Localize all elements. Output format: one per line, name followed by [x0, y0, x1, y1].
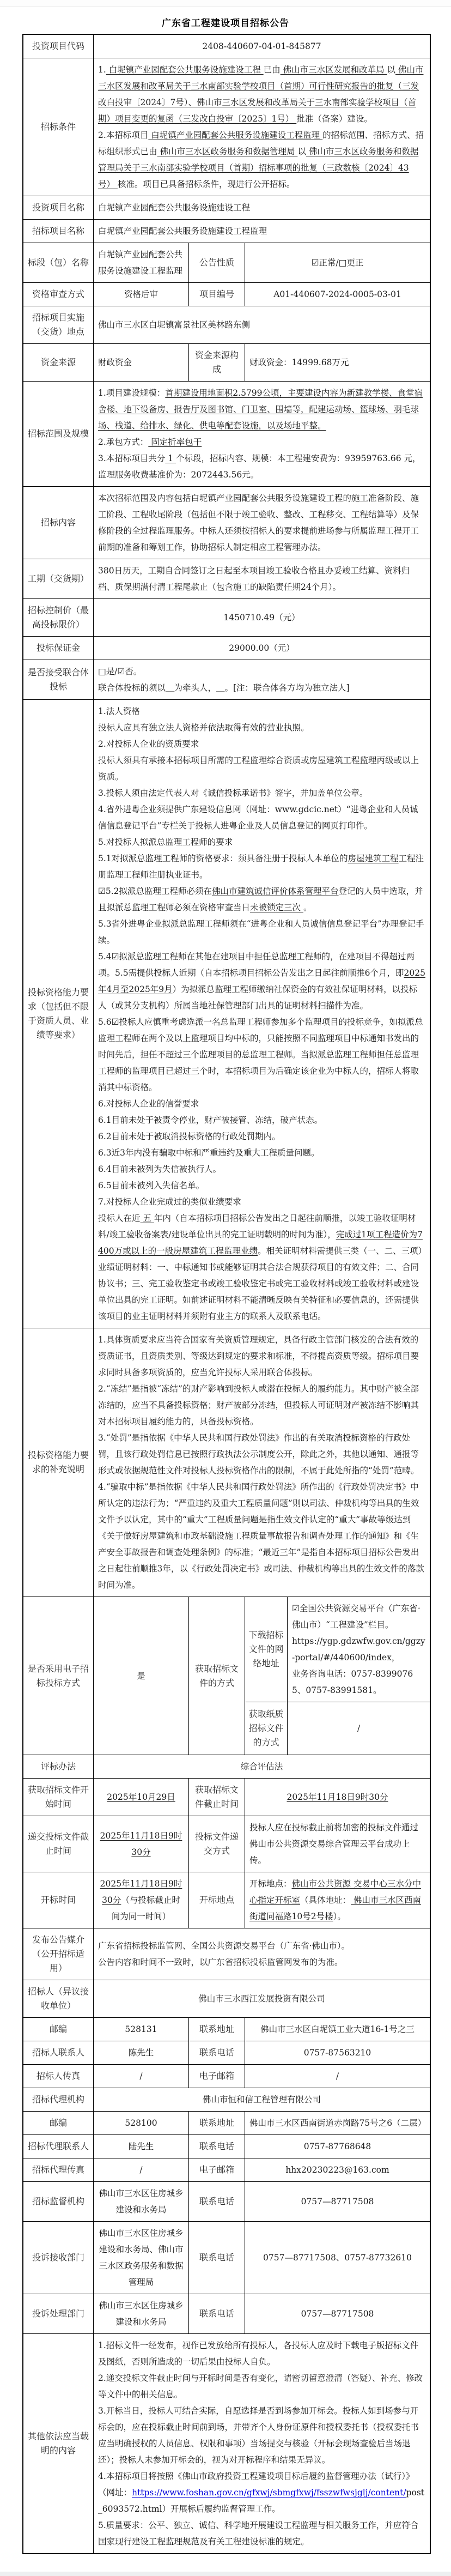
paragraph: 2.递交投标文件截止时间与开标时间是否有变化，请密切留意澄清（答疑）、补充、修改…	[98, 2370, 425, 2403]
row-value: 0757—87717508	[245, 2294, 430, 2333]
label-text: 联系电话	[199, 2194, 234, 2209]
row-value: 佛山市三水区住房城乡建设和水务局、佛山市三水区政务服务和数据管理局	[94, 2222, 189, 2294]
text-segment: 2.递交投标文件截止时间与开标时间是否有变化，请密切留意澄清（答疑）、补充、修改…	[98, 2373, 423, 2399]
text-segment: 白坭镇产业园配套公共服务设施建设工程	[98, 203, 250, 213]
row-label: 投诉处理部门	[23, 2294, 94, 2333]
paragraph: 6.1目前未处于被责令停业，财产被接管、冻结，破产状态。	[98, 1112, 425, 1128]
paragraph: 5.对投标人拟派总监理工程师的要求	[98, 834, 425, 850]
text-segment: 0757—87717508	[301, 2197, 374, 2206]
row-label: 招标内容	[23, 487, 94, 559]
label-text: 招标项目实施（交货）地点	[26, 311, 90, 339]
label-text: 资格审查方式	[32, 287, 84, 301]
paragraph: 0757—87717508	[301, 2193, 374, 2210]
text-segment: 房屋建筑工程	[348, 854, 399, 863]
label-text: 标段（包）名称	[28, 256, 89, 270]
row-value: 本次招标范围及内容包括白坭镇产业园配套公共服务设施建设工程的施工准备阶段、施工阶…	[94, 487, 430, 559]
paragraph: 投标人须具有承接本招标项目所需的工程监理综合资质或房屋建筑工程监理丙级或以上资质…	[98, 752, 425, 785]
label-text: 资金来源构成	[192, 348, 242, 377]
table-row: 发布公告媒介（公开招标适用）广东省招标投标监管网、全国公共资源交易平台（广东省·…	[23, 1928, 430, 1980]
text-segment: 0757—87717508	[301, 2309, 374, 2319]
text-segment: 1.具体资质要求应当符合国家有关资质管理规定，具备行政主管部门核发的合法有效的资…	[98, 1335, 419, 1377]
label-text: 招标人（异议接收单位）	[26, 1985, 90, 2013]
text-segment: □是/☑否。	[98, 667, 142, 676]
paragraph: 白坭镇产业园配套公共服务设施建设工程监理	[98, 223, 425, 239]
table-row: 招标监督机构佛山市三水区住房城乡建设和水务局联系电话0757—87717508	[23, 2182, 430, 2222]
paragraph: 6.2目前未处于被取消投标资格的行政处罚期内。	[98, 1128, 425, 1145]
row-label: 投资项目代码	[23, 35, 94, 58]
text-segment: 白坭镇产业园配套公共服务设施建设工程监理	[98, 226, 267, 236]
text-segment: （与投标截止时间为同一时间）	[112, 1895, 180, 1921]
table-row: 邮编528131联系地址佛山市三水区白坭镇工业大道16-1号之三	[23, 2018, 430, 2041]
paragraph: 0757-87563210	[304, 2045, 371, 2061]
table-row: 工期（交货期）380日历天，工期自合同签订之日起至本项目竣工验收合格且办妥竣工结…	[23, 559, 430, 599]
paragraph: 佛山市三水区住房城乡建设和水务局、佛山市三水区政务服务和数据管理局	[98, 2225, 184, 2290]
paragraph: ☑5.2拟派总监理工程师必须在佛山市建筑诚信评价体系管理平台登记的人员中选取，并…	[98, 883, 425, 916]
label-text: 投标文件递交方式	[192, 1830, 242, 1858]
row-label: 工期（交货期）	[23, 559, 94, 598]
table-row: 投诉接收部门佛山市三水区住房城乡建设和水务局、佛山市三水区政务服务和数据管理局联…	[23, 2222, 430, 2294]
row-label: 开标地点	[189, 1872, 245, 1928]
row-value: ☑正常/□更正	[245, 243, 430, 282]
label-text: 招标代理机构	[32, 2093, 84, 2107]
paragraph: 6.4目前未被列为失信被执行人。	[98, 1161, 425, 1177]
text-segment: 佛山市三水区白坭镇富景社区美林路东侧	[98, 320, 250, 330]
paragraph: 5.4☑拟派总监理工程师在其他在建项目中担任总监理工程师的，在建项目不得超过两项…	[98, 948, 425, 1014]
row-label: 联系电话	[189, 2135, 245, 2158]
label-text: 投标保证金	[36, 641, 80, 655]
row-label: 是否采用电子招标投标方式	[23, 1597, 94, 1755]
paragraph: /	[139, 2162, 142, 2178]
paragraph: 1.具体资质要求应当符合国家有关资质管理规定，具备行政主管部门核发的合法有效的资…	[98, 1332, 425, 1381]
row-label: 资金来源构成	[189, 344, 245, 381]
row-label: 获取招标文件开始时间	[23, 1779, 94, 1816]
text-segment: 4.省外进粤企业须提供广东建设信息网（网址：www.gdcic.net）“进粤企…	[98, 805, 418, 831]
row-value: 29000.00（元）	[94, 637, 430, 660]
table-row: 招标项目实施（交货）地点佛山市三水区白坭镇富景社区美林路东侧	[23, 306, 430, 344]
paragraph: 佛山市恒和信工程管理有限公司	[203, 2091, 321, 2108]
label-text: 投资项目名称	[32, 201, 84, 215]
text-segment: 佛山市建筑诚信评价体系管理平台	[212, 886, 339, 896]
text-segment: 本次招标范围及内容包括白坭镇产业园配套公共服务设施建设工程的施工准备阶段、施工阶…	[98, 493, 419, 552]
text-segment: 0757-87563210	[304, 2048, 371, 2058]
text-segment: ☑全国公共资源交易平台（广东省·佛山市）“工程建设”栏目。	[292, 1604, 420, 1630]
text-segment: 3.投标人须由法定代表人对《诚信投标承诺书》签字，并加盖单位公章。	[98, 788, 368, 798]
paragraph: 0757—87717508、0757-87732610	[263, 2250, 412, 2266]
text-segment: 财政资金	[98, 358, 132, 367]
label-text: 招标代理联系人	[28, 2139, 89, 2154]
text-segment: 投标人在近	[98, 1213, 141, 1223]
label-text: 获取纸质招标文件的方式	[248, 1707, 284, 1750]
table-row: 投资项目代码2408-440607-04-01-845877	[23, 35, 430, 58]
text-segment: 是	[137, 1671, 145, 1681]
row-label: 投标资格能力要求（包括但不限于资质人员、业绩等要求）	[23, 700, 94, 1328]
row-value: ☑全国公共资源交易平台（广东省·佛山市）“工程建设”栏目。https://ygp…	[288, 1597, 430, 1702]
paragraph: 联合体投标的须以＿为牵头人，＿。[注：联合体各方均为独立法人]	[98, 680, 425, 696]
paragraph: 0757-87768648	[304, 2138, 371, 2155]
row-value: 1.招标文件一经发布，视作已发放给所有投标人，各投标人应及时下载电子版招标文件及…	[94, 2334, 430, 2553]
table-row: 招标人传真/电子邮箱/	[23, 2065, 430, 2088]
paragraph: A01-440607-2024-0005-03-01	[273, 286, 401, 303]
row-label: 联系电话	[189, 2222, 245, 2294]
text-segment: 2.本招标项目	[98, 130, 148, 140]
paragraph: 2.“冻结”是指被“冻结”的财产影响到投标人或潜在投标人的履约能力。其中财产被全…	[98, 1381, 425, 1430]
row-value: 2025年11月18日9时30分	[94, 1816, 189, 1872]
row-value: 投标人应在投标截止前将加密的投标文件通过佛山市公共资源交易综合管理云平台成功上传…	[245, 1816, 430, 1872]
row-label: 招标人（异议接收单位）	[23, 1980, 94, 2017]
paragraph: 5.质量要求：公平、独立、诚信、科学地开展建设工程监理与相关服务工作，并应符合国…	[98, 2517, 425, 2550]
row-value: 2025年10月29日	[94, 1779, 189, 1816]
row-value: 资格后审	[94, 283, 189, 306]
paragraph: 1450710.49（元）	[223, 609, 300, 626]
paragraph: /	[139, 2068, 142, 2084]
paragraph: 白坭镇产业园配套公共服务设施建设工程监理	[98, 246, 184, 279]
text-segment: 0757-87768648	[304, 2142, 371, 2151]
table-row: 资金来源财政资金资金来源构成财政资金：14999.68万元	[23, 344, 430, 382]
label-text: 招标范围及规模	[28, 427, 89, 441]
label-text: 是否接受联合体投标	[26, 666, 90, 694]
label-text: 投资项目代码	[32, 39, 84, 53]
row-label: 投标资格能力要求的补充说明	[23, 1328, 94, 1597]
table-row: 招标控制价（最高投标限价）1450710.49（元）	[23, 599, 430, 637]
label-text: 开标地点	[199, 1893, 234, 1907]
label-text: 招标人传真	[36, 2069, 80, 2083]
row-label: 电子邮箱	[189, 2065, 245, 2088]
row-value: 佛山市三水区白坭镇工业大道16-1号之三	[245, 2018, 430, 2041]
label-text: 下载招标文件的网络地址	[248, 1628, 284, 1671]
row-label: 联系电话	[189, 2182, 245, 2221]
text-segment: 3.“处罚”是指依据《中华人民共和国行政处罚法》作出的有关取消投标资格的行政处罚…	[98, 1433, 419, 1476]
sub-row: 获取纸质招标文件的方式/	[245, 1702, 430, 1755]
paragraph: 5.6☑投标人应慎重考虑选派一名总监理工程师参加多个监理项目的投标竞争，如拟派总…	[98, 1014, 425, 1096]
paragraph: 陈先生	[129, 2045, 154, 2061]
row-value: □是/☑否。联合体投标的须以＿为牵头人，＿。[注：联合体各方均为独立法人]	[94, 660, 430, 699]
text-segment: 。	[303, 903, 312, 912]
row-value: 广东省招标投标监管网、全国公共资源交易平台（广东省·佛山市）。公告内容和时间不一…	[94, 1928, 430, 1980]
paragraph: 2025年11月18日9时30分（与投标截止时间为同一时间）	[98, 1876, 184, 1925]
text-segment: 佛山市三水区西南街道赤岗路75号之6（二层）	[249, 2118, 426, 2128]
text-segment: hhx20230223@163.com	[285, 2165, 389, 2175]
sub-row: 下载招标文件的网络地址☑全国公共资源交易平台（广东省·佛山市）“工程建设”栏目。…	[245, 1597, 430, 1702]
paragraph: 2.对投标人企业的资质要求	[98, 736, 425, 752]
text-segment: 批准（备案）建设。	[296, 114, 373, 124]
text-segment: 。相关证明材料需提供三类（一、二、三项）业绩证明材料：一、中标通知书或能够证明其…	[98, 1246, 422, 1321]
table-row: 是否采用电子招标投标方式是获取招标文件的方式下载招标文件的网络地址☑全国公共资源…	[23, 1597, 430, 1755]
row-label: 获取纸质招标文件的方式	[245, 1702, 288, 1755]
text-segment: /	[357, 1724, 360, 1733]
paragraph: 5.3省外进粤企业拟派总监理工程师须在“进粤企业和人员诚信信息登记平台”办理登记…	[98, 916, 425, 948]
row-label: 联系地址	[189, 2112, 245, 2134]
table-row: 投标资格能力要求（包括但不限于资质人员、业绩等要求）1.法人资格投标人应具有独立…	[23, 700, 430, 1328]
label-text: 联系电话	[199, 2307, 234, 2321]
paragraph: /	[357, 1720, 360, 1737]
paragraph: 6.5目前未被列入失信名单。	[98, 1177, 425, 1194]
paragraph: 财政资金：14999.68万元	[249, 354, 425, 371]
table-row: 获取招标文件开始时间2025年10月29日获取招标文件截止时间2025年11月1…	[23, 1779, 430, 1816]
paragraph: 6.对投标人企业的信誉要求	[98, 1096, 425, 1112]
row-value: 白坭镇产业园配套公共服务设施建设工程	[94, 196, 430, 219]
paragraph: 528131	[125, 2021, 157, 2037]
text-segment: 2.“冻结”是指被“冻结”的财产影响到投标人或潜在投标人的履约能力。其中财产被全…	[98, 1384, 419, 1426]
label-text: 联系地址	[199, 2022, 234, 2036]
row-value: 2025年11月18日9时30分（与投标截止时间为同一时间）	[94, 1872, 189, 1928]
paragraph: 4.省外进粤企业须提供广东建设信息网（网址：www.gdcic.net）“进粤企…	[98, 801, 425, 834]
row-label: 获取招标文件截止时间	[189, 1779, 245, 1816]
label-text: 联系电话	[199, 2139, 234, 2154]
text-segment: 2025年11月18日9时30分	[287, 1792, 388, 1802]
row-label: 招标人传真	[23, 2065, 94, 2088]
row-label: 联系电话	[189, 2294, 245, 2333]
paragraph: 佛山市三水区白坭镇工业大道16-1号之三	[260, 2021, 415, 2037]
paragraph: ☑全国公共资源交易平台（广东省·佛山市）“工程建设”栏目。	[292, 1600, 425, 1633]
row-value: 下载招标文件的网络地址☑全国公共资源交易平台（广东省·佛山市）“工程建设”栏目。…	[245, 1597, 430, 1755]
row-value: 是	[94, 1597, 189, 1755]
paragraph: 佛山市三水区白坭镇富景社区美林路东侧	[98, 317, 425, 333]
text-segment: 佛山市三水西江发展投资有限公司	[198, 1994, 325, 2004]
row-label: 标段（包）名称	[23, 243, 94, 282]
table-row: 资格审查方式资格后审项目编号A01-440607-2024-0005-03-01	[23, 283, 430, 306]
paragraph: □是/☑否。	[98, 663, 425, 680]
row-label: 获取招标文件的方式	[189, 1597, 245, 1755]
row-label: 招标项目实施（交货）地点	[23, 306, 94, 343]
label-text: 公告性质	[199, 256, 234, 270]
paragraph: 1.招标文件一经发布，视作已发放给所有投标人，各投标人应及时下载电子版招标文件及…	[98, 2337, 425, 2370]
row-value: 财政资金：14999.68万元	[245, 344, 430, 381]
table-row: 招标范围及规模1.项目建设规模：首期建设用地面积2.5799公顷，主要建设内容为…	[23, 382, 430, 487]
text-segment: 2025年11月18日9时30分	[100, 1831, 182, 1857]
row-label: 项目编号	[189, 283, 245, 306]
row-label: 评标办法	[23, 1755, 94, 1778]
text-segment: 佛山市三水区白坭镇工业大道16-1号之三	[260, 2024, 415, 2034]
external-link[interactable]: https://www.foshan.gov.cn/gfxwj/sbmgfxwj…	[132, 2488, 406, 2498]
text-segment: 1.	[98, 65, 106, 75]
paragraph: 资格后审	[124, 286, 158, 303]
paragraph: 3.本招标项目共分 1 个标段，招标内容、规模：本工程建安费为：93959763…	[98, 450, 425, 483]
row-label: 招标人联系人	[23, 2041, 94, 2064]
paragraph: 528100	[125, 2115, 157, 2131]
table-row: 招标代理传真/电子邮箱hhx20230223@163.com	[23, 2158, 430, 2182]
top-divider	[0, 0, 451, 7]
paragraph: 0757—87717508	[301, 2306, 374, 2322]
label-text: 招标条件	[41, 120, 76, 134]
label-text: 其他依法应当载明的内容	[26, 2429, 90, 2458]
text-segment: 固定折率包干	[148, 437, 202, 447]
paragraph: 白坭镇产业园配套公共服务设施建设工程	[98, 199, 425, 216]
text-segment: 财政资金：14999.68万元	[249, 358, 349, 367]
row-value: 佛山市三水区住房城乡建设和水务局	[94, 2294, 189, 2333]
label-text: 招标内容	[41, 516, 76, 530]
paragraph: 7.对投标人企业完成过的类似业绩要求	[98, 1194, 425, 1210]
row-value: 380日历天，工期自合同签订之日起至本项目竣工验收合格且办妥竣工结算、资料归档、…	[94, 559, 430, 598]
text-segment: 佛山市三水区住房城乡建设和水务局	[99, 2188, 183, 2215]
label-text: 招标控制价（最高投标限价）	[26, 603, 90, 632]
table-row: 招标人联系人陈先生联系电话0757-87563210	[23, 2041, 430, 2065]
text-segment: https://ygp.gdzwfw.gov.cn/ggzy-portal/#/…	[292, 1636, 425, 1662]
table-row: 标段（包）名称白坭镇产业园配套公共服务设施建设工程监理公告性质☑正常/□更正	[23, 243, 430, 283]
label-text: 招标项目名称	[32, 224, 84, 238]
table-row: 递交投标文件截止时间2025年11月18日9时30分投标文件递交方式投标人应在投…	[23, 1816, 430, 1872]
text-segment: 白坭镇产业园配套公共服务设施建设工程监理	[98, 250, 182, 276]
row-value: hhx20230223@163.com	[245, 2158, 430, 2181]
paragraph: 是	[137, 1668, 145, 1684]
paragraph: 2408-440607-04-01-845877	[202, 38, 321, 55]
row-value: 2408-440607-04-01-845877	[94, 35, 430, 58]
text-segment: 0757—87717508、0757-87732610	[263, 2253, 412, 2263]
text-segment: /	[336, 2071, 339, 2081]
text-segment: 2.对投标人企业的资质要求	[98, 739, 199, 749]
text-segment: 佛山市三水区发展和改革局	[281, 65, 387, 75]
paragraph: 财政资金	[98, 354, 184, 371]
row-value: 佛山市三水区西南街道赤岗路75号之6（二层）	[245, 2112, 430, 2134]
label-text: 电子邮箱	[199, 2069, 234, 2083]
row-value: 1.具体资质要求应当符合国家有关资质管理规定，具备行政主管部门核发的合法有效的资…	[94, 1328, 430, 1597]
paragraph: https://ygp.gdzwfw.gov.cn/ggzy-portal/#/…	[292, 1633, 425, 1666]
table-row: 投标资格能力要求的补充说明1.具体资质要求应当符合国家有关资质管理规定，具备行政…	[23, 1328, 430, 1597]
row-value: 陈先生	[94, 2041, 189, 2064]
text-segment: 1.项目建设规模：	[98, 388, 165, 398]
label-text: 资金来源	[41, 355, 76, 370]
row-value: 1.项目建设规模：首期建设用地面积2.5799公顷，主要建设内容为新建教学楼、食…	[94, 382, 430, 486]
label-text: 邮编	[50, 2116, 67, 2130]
row-label: 招标范围及规模	[23, 382, 94, 486]
label-text: 招标监督机构	[32, 2194, 84, 2209]
text-segment: 核准。项目已具备招标条件，现进行公开招标。	[118, 179, 295, 189]
row-label: 招标代理传真	[23, 2158, 94, 2181]
text-segment: 6.3近3年内没有骗取中标和严重违约及重大工程质量问题。	[98, 1148, 320, 1158]
text-segment: 5.对投标人拟派总监理工程师的要求	[98, 837, 233, 847]
row-value: /	[245, 2065, 430, 2088]
row-value: 0757—87717508、0757-87732610	[245, 2222, 430, 2294]
row-value: 佛山市三水区白坭镇富景社区美林路东侧	[94, 306, 430, 343]
label-text: 投诉接收部门	[32, 2251, 84, 2265]
row-label: 投标文件递交方式	[189, 1816, 245, 1872]
text-segment: 6.2目前未处于被取消投标资格的行政处罚期内。	[98, 1132, 281, 1141]
row-label: 招标代理机构	[23, 2088, 94, 2111]
row-value: A01-440607-2024-0005-03-01	[245, 283, 430, 306]
text-segment: 资格后审	[124, 289, 158, 299]
row-label: 招标代理联系人	[23, 2135, 94, 2158]
text-segment: 以	[297, 147, 306, 156]
text-segment: 以	[387, 65, 396, 75]
row-label: 递交投标文件截止时间	[23, 1816, 94, 1872]
row-label: 其他依法应当载明的内容	[23, 2334, 94, 2553]
paragraph: 4.“骗取中标”是指依据《中华人民共和国行政处罚法》所作出的《行政处罚决定书》中…	[98, 1479, 425, 1593]
label-text: 联系地址	[199, 2116, 234, 2130]
text-segment: 投标人须具有承接本招标项目所需的工程监理综合资质或房屋建筑工程监理丙级或以上资质…	[98, 755, 419, 782]
label-text: 联系电话	[199, 2251, 234, 2265]
text-segment: ）。	[333, 1912, 346, 1921]
table-row: 投诉处理部门佛山市三水区住房城乡建设和水务局联系电话0757—87717508	[23, 2294, 430, 2334]
row-value: 白坭镇产业园配套公共服务设施建设工程监理	[94, 243, 189, 282]
table-row: 招标代理机构佛山市恒和信工程管理有限公司	[23, 2088, 430, 2112]
text-segment: 广东省招标投标监管网、全国公共资源交易平台（广东省·佛山市）。	[98, 1941, 350, 1951]
text-segment: 未被锁定三次	[250, 903, 303, 912]
paragraph: 业务咨询电话：0757-83990765、0757-83991581。	[292, 1666, 425, 1698]
row-label: 资金来源	[23, 344, 94, 381]
label-text: 工期（交货期）	[28, 572, 89, 586]
row-label: 联系地址	[189, 2018, 245, 2041]
row-value: 佛山市三水区住房城乡建设和水务局	[94, 2182, 189, 2221]
text-segment: 528100	[125, 2118, 157, 2128]
row-value: /	[94, 2158, 189, 2181]
page-title: 广东省工程建设项目招标公告	[0, 15, 451, 29]
label-text: 招标人联系人	[32, 2046, 84, 2060]
text-segment: 3.本招标项目共分	[98, 453, 165, 463]
text-segment: 6.1目前未处于被责令停业，财产被接管、冻结，破产状态。	[98, 1115, 322, 1125]
row-label: 招标控制价（最高投标限价）	[23, 599, 94, 636]
paragraph: 3.开标当日，投标人可结合实际，自愿选择是否到场参加开标会。投标人如到场参与开标…	[98, 2403, 425, 2468]
label-text: 联系电话	[199, 2046, 234, 2060]
table-row: 招标项目名称白坭镇产业园配套公共服务设施建设工程监理	[23, 220, 430, 243]
row-label: 邮编	[23, 2018, 94, 2041]
text-segment: 6.5目前未被列入失信名单。	[98, 1181, 204, 1190]
table-row: 评标办法综合评估法	[23, 1755, 430, 1779]
text-segment: 1.招标文件一经发布，视作已发放给所有投标人，各投标人应及时下载电子版招标文件及…	[98, 2341, 418, 2367]
row-label: 资格审查方式	[23, 283, 94, 306]
label-text: 获取招标文件开始时间	[26, 1783, 90, 1811]
text-segment: 公告内容和时间不一致时，以广东省招标投标监管网发布的为准。	[98, 1957, 343, 1967]
text-segment: ☑5.2拟派总监理工程师必须在	[98, 886, 212, 896]
paragraph: 2025年11月18日9时30分	[287, 1789, 388, 1805]
paragraph: 1.项目建设规模：首期建设用地面积2.5799公顷，主要建设内容为新建教学楼、食…	[98, 385, 425, 434]
paragraph: 3.“处罚”是指依据《中华人民共和国行政处罚法》作出的有关取消投标资格的行政处罚…	[98, 1430, 425, 1479]
text-segment: 佛山市三水区住房城乡建设和水务局、佛山市三水区政务服务和数据管理局	[99, 2228, 183, 2287]
row-label: 电子邮箱	[189, 2158, 245, 2181]
row-label: 下载招标文件的网络地址	[245, 1597, 288, 1702]
label-text: 发布公告媒介（公开招标适用）	[26, 1933, 90, 1975]
text-segment: 2.承包方式：	[98, 437, 148, 447]
row-value: 528131	[94, 2018, 189, 2041]
row-label: 开标时间	[23, 1872, 94, 1928]
label-text: 递交投标文件截止时间	[26, 1830, 90, 1858]
text-segment: /	[139, 2165, 142, 2175]
text-segment: 528131	[125, 2024, 157, 2034]
paragraph: hhx20230223@163.com	[285, 2162, 389, 2178]
paragraph: 佛山市三水区住房城乡建设和水务局	[98, 2297, 184, 2330]
table-row: 邮编528100联系地址佛山市三水区西南街道赤岗路75号之6（二层）	[23, 2112, 430, 2135]
row-value: 白坭镇产业园配套公共服务设施建设工程监理	[94, 220, 430, 243]
label-text: 投诉处理部门	[32, 2307, 84, 2321]
paragraph: 1.法人资格	[98, 703, 425, 719]
row-value: 1. 白坭镇产业园配套公共服务设施建设工程 已由 佛山市三水区发展和改革局 以 …	[94, 58, 430, 196]
text-segment: 综合评估法	[241, 1762, 283, 1771]
table-row: 投资项目名称白坭镇产业园配套公共服务设施建设工程	[23, 196, 430, 220]
paragraph: 开标地点：佛山市公共资源 交易中心三水分中心指定开标室（具体地址： 佛山市三水区…	[249, 1876, 425, 1925]
table-row: 招标内容本次招标范围及内容包括白坭镇产业园配套公共服务设施建设工程的施工准备阶段…	[23, 487, 430, 559]
text-segment: 4.“骗取中标”是指依据《中华人民共和国行政处罚法》所作出的《行政处罚决定书》中…	[98, 1482, 424, 1590]
paragraph: ☑正常/□更正	[312, 255, 364, 271]
row-value: /	[288, 1702, 430, 1755]
text-segment: 投标人应在投标截止前将加密的投标文件通过佛山市公共资源交易综合管理云平台成功上传…	[249, 1823, 418, 1865]
paragraph: 佛山市三水区西南街道赤岗路75号之6（二层）	[249, 2115, 425, 2131]
table-row: 招标条件1. 白坭镇产业园配套公共服务设施建设工程 已由 佛山市三水区发展和改革…	[23, 58, 430, 196]
paragraph: 4.本招标项目将按照《佛山市政府投资工程建设项目标后履约监督管理办法（试行）》（…	[98, 2468, 425, 2517]
row-value: /	[94, 2065, 189, 2088]
paragraph: /	[336, 2068, 339, 2084]
text-segment: 2408-440607-04-01-845877	[202, 41, 321, 51]
text-segment: 投标人应具有独立法人资格并依法取得有效的营业执照。	[98, 723, 309, 733]
text-segment: 2025年10月29日	[107, 1792, 175, 1802]
row-value: 陆先生	[94, 2135, 189, 2158]
label-text: 投标资格能力要求（包括但不限于资质人员、业绩等要求）	[26, 985, 90, 1042]
paragraph: 2.承包方式： 固定折率包干	[98, 434, 425, 450]
paragraph: 佛山市三水西江发展投资有限公司	[198, 1991, 325, 2007]
paragraph: 5.1对拟派总监理工程师的资格要求：须具备注册于投标人本单位的房屋建筑工程工程注…	[98, 850, 425, 883]
row-label: 发布公告媒介（公开招标适用）	[23, 1928, 94, 1980]
text-segment: 29000.00（元）	[229, 643, 294, 653]
text-segment: /	[139, 2071, 142, 2081]
paragraph: 佛山市三水区住房城乡建设和水务局	[98, 2185, 184, 2218]
paragraph: 380日历天，工期自合同签订之日起至本项目竣工验收合格且办妥竣工结算、资料归档、…	[98, 563, 425, 595]
